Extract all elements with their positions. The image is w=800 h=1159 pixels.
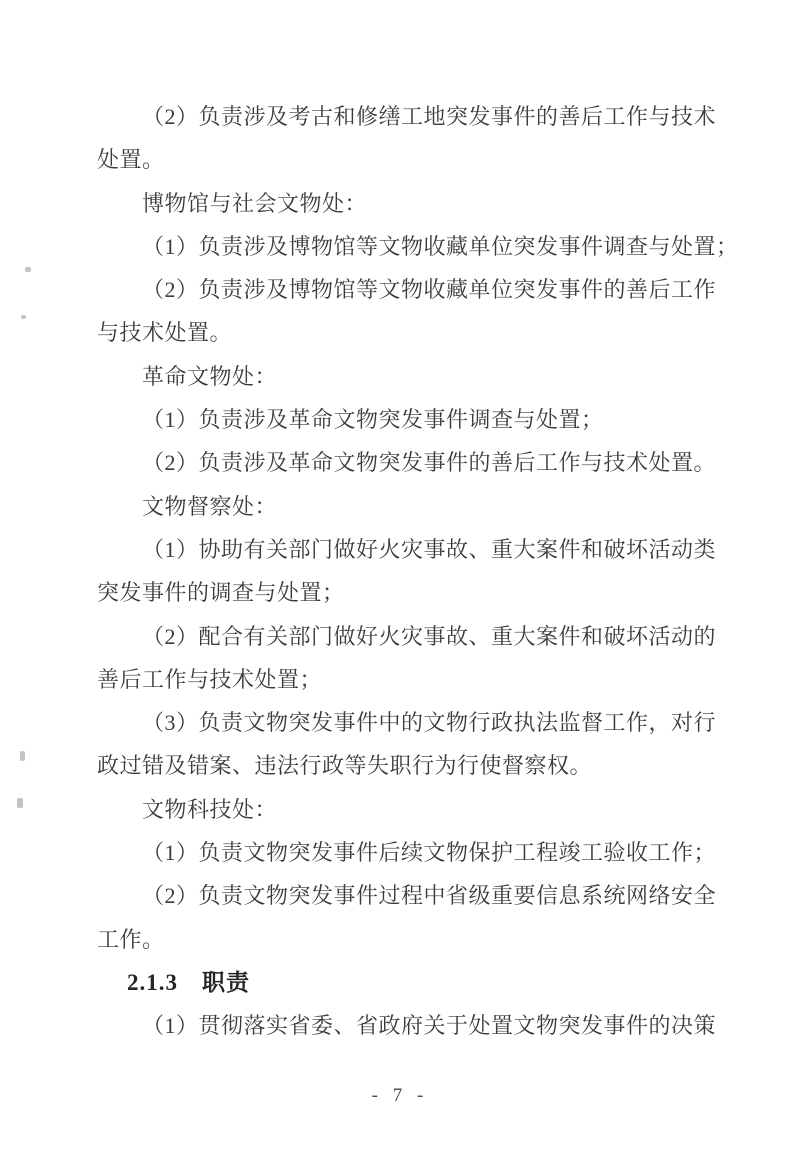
text-line: （2）负责涉及考古和修缮工地突发事件的善后工作与技术 [97,95,729,138]
scan-artifact [21,315,26,319]
text-line: 工作。 [97,918,729,961]
scan-artifact [17,798,23,808]
text-line: （1）负责文物突发事件后续文物保护工程竣工验收工作； [97,831,729,874]
scan-artifact [25,267,31,272]
text-line: 博物馆与社会文物处： [97,182,729,225]
text-line: 革命文物处： [97,355,729,398]
text-line: （1）负责涉及革命文物突发事件调查与处置； [97,398,729,441]
text-line: 文物督察处： [97,485,729,528]
text-line: 突发事件的调查与处置； [97,571,729,614]
text-line: 政过错及错案、违法行政等失职行为行使督察权。 [97,744,729,787]
text-line: 文物科技处： [97,788,729,831]
text-line: 善后工作与技术处置； [97,658,729,701]
text-line: （2）配合有关部门做好火灾事故、重大案件和破坏活动的 [97,615,729,658]
document-page: （2）负责涉及考古和修缮工地突发事件的善后工作与技术 处置。 博物馆与社会文物处… [0,0,800,1159]
text-line: （1）负责涉及博物馆等文物收藏单位突发事件调查与处置； [97,225,729,268]
text-line: （2）负责涉及革命文物突发事件的善后工作与技术处置。 [97,441,729,484]
text-line: （2）负责涉及博物馆等文物收藏单位突发事件的善后工作 [97,268,729,311]
text-line: 处置。 [97,138,729,181]
text-line: （2）负责文物突发事件过程中省级重要信息系统网络安全 [97,874,729,917]
text-line: （1）贯彻落实省委、省政府关于处置文物突发事件的决策 [97,1004,729,1047]
page-number: - 7 - [0,1082,800,1110]
text-line: （3）负责文物突发事件中的文物行政执法监督工作，对行 [97,701,729,744]
scan-artifact [20,751,25,761]
text-line: 与技术处置。 [97,311,729,354]
text-line: （1）协助有关部门做好火灾事故、重大案件和破坏活动类 [97,528,729,571]
section-heading: 2.1.3 职责 [97,961,729,1004]
document-body: （2）负责涉及考古和修缮工地突发事件的善后工作与技术 处置。 博物馆与社会文物处… [97,95,729,1048]
